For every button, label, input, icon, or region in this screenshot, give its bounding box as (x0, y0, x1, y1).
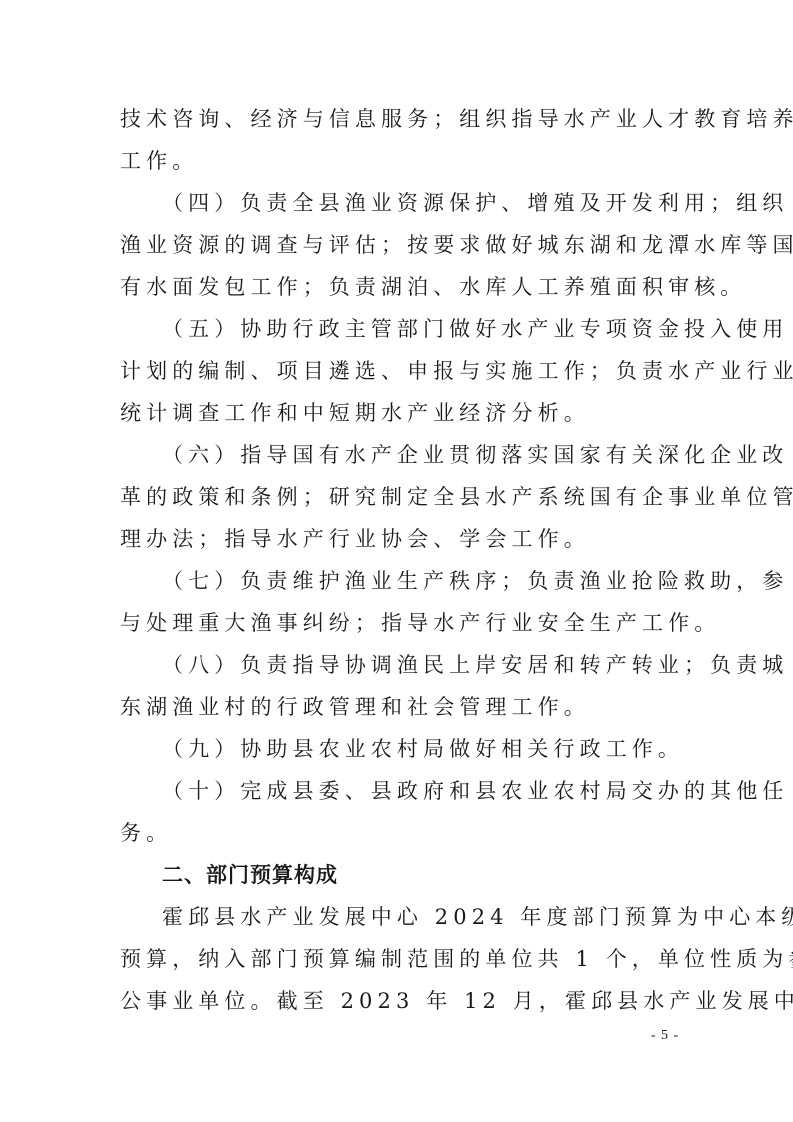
paragraph-line: 工作。 (120, 146, 684, 176)
paragraph-first-line: （六）指导国有水产企业贯彻落实国家有关深化企业改 (162, 440, 684, 470)
paragraph-line: 技术咨询、经济与信息服务；组织指导水产业人才教育培养 (120, 104, 684, 134)
paragraph-line: 理办法；指导水产行业协会、学会工作。 (120, 524, 684, 554)
paragraph-line: 东湖渔业村的行政管理和社会管理工作。 (120, 692, 684, 722)
paragraph-line: 预算，纳入部门预算编制范围的单位共 1 个，单位性质为参 (120, 944, 684, 974)
paragraph-first-line: （五）协助行政主管部门做好水产业专项资金投入使用 (162, 314, 684, 344)
paragraph-line: 革的政策和条例；研究制定全县水产系统国有企事业单位管 (120, 482, 684, 512)
paragraph-first-line: （八）负责指导协调渔民上岸安居和转产转业；负责城 (162, 650, 684, 680)
paragraph-line: 与处理重大渔事纠纷；指导水产行业安全生产工作。 (120, 608, 684, 638)
paragraph-first-line: （九）协助县农业农村局做好相关行政工作。 (162, 734, 684, 764)
paragraph-line: 公事业单位。截至 2023 年 12 月，霍邱县水产业发展中心实 (120, 986, 684, 1016)
paragraph-line: 有水面发包工作；负责湖泊、水库人工养殖面积审核。 (120, 272, 684, 302)
page-number: - 5 - (640, 1028, 690, 1044)
paragraph-line: 务。 (120, 818, 684, 848)
paragraph-line: 渔业资源的调查与评估；按要求做好城东湖和龙潭水库等国 (120, 230, 684, 260)
paragraph-first-line: 霍邱县水产业发展中心 2024 年度部门预算为中心本级 (162, 902, 684, 932)
paragraph-line: 统计调查工作和中短期水产业经济分析。 (120, 398, 684, 428)
paragraph-first-line: （七）负责维护渔业生产秩序；负责渔业抢险救助，参 (162, 566, 684, 596)
document-page: 技术咨询、经济与信息服务；组织指导水产业人才教育培养工作。（四）负责全县渔业资源… (0, 0, 793, 1122)
paragraph-line: 计划的编制、项目遴选、申报与实施工作；负责水产业行业 (120, 356, 684, 386)
paragraph-first-line: （十）完成县委、县政府和县农业农村局交办的其他任 (162, 776, 684, 806)
paragraph-first-line: （四）负责全县渔业资源保护、增殖及开发利用；组织 (162, 188, 684, 218)
section-heading: 二、部门预算构成 (162, 860, 684, 890)
